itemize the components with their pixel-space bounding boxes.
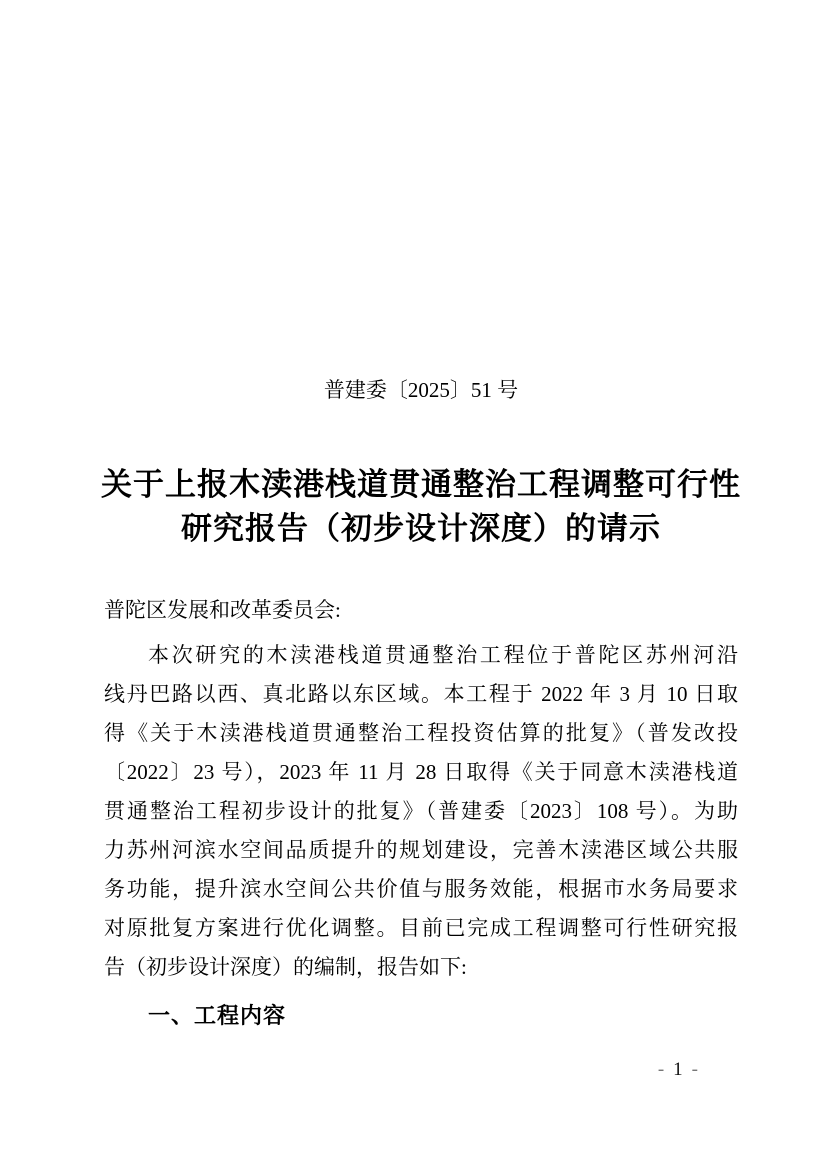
document-title-line-1: 关于上报木渎港栈道贯通整治工程调整可行性 <box>90 463 752 507</box>
body-line: 〔2022〕23 号），2023 年 11 月 28 日取得《关于同意木渎港栈道 <box>104 753 738 792</box>
body-line: 务功能，提升滨水空间公共价值与服务效能，根据市水务局要求 <box>104 870 738 909</box>
body-line: 得《关于木渎港栈道贯通整治工程投资估算的批复》（普发改投 <box>104 714 738 753</box>
body-line: 对原批复方案进行优化调整。目前已完成工程调整可行性研究报 <box>104 909 738 948</box>
doc-number: 普建委〔2025〕51 号 <box>104 371 738 410</box>
salutation: 普陀区发展和改革委员会: <box>104 591 738 630</box>
document-title: 关于上报木渎港栈道贯通整治工程调整可行性 研究报告（初步设计深度）的请示 <box>90 463 752 551</box>
body-line: 贯通整治工程初步设计的批复》（普建委〔2023〕108 号）。为助 <box>104 792 738 831</box>
body-line: 线丹巴路以西、真北路以东区域。本工程于 2022 年 3 月 10 日取 <box>104 675 738 714</box>
body-line: 告（初步设计深度）的编制，报告如下: <box>104 948 738 987</box>
section-heading: 一、工程内容 <box>104 996 738 1035</box>
page-number-dash-right: - <box>692 1056 698 1084</box>
body-line: 本次研究的木渎港栈道贯通整治工程位于普陀区苏州河沿 <box>104 636 738 675</box>
body-line: 力苏州河滨水空间品质提升的规划建设，完善木渎港区域公共服 <box>104 831 738 870</box>
document-page: 普建委〔2025〕51 号 关于上报木渎港栈道贯通整治工程调整可行性 研究报告（… <box>0 0 826 1169</box>
document-title-line-2: 研究报告（初步设计深度）的请示 <box>90 507 752 551</box>
page-number: - 1 - <box>658 1056 698 1084</box>
body-paragraph: 本次研究的木渎港栈道贯通整治工程位于普陀区苏州河沿 线丹巴路以西、真北路以东区域… <box>104 636 738 987</box>
page-number-dash-left: - <box>658 1056 664 1084</box>
page-number-value: 1 <box>673 1056 683 1084</box>
